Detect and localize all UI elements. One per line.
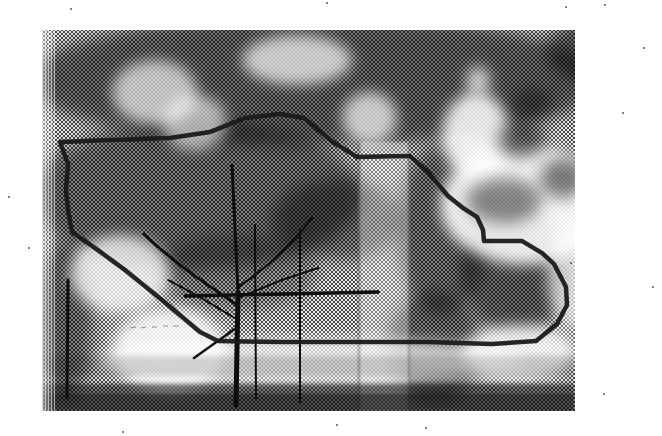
noise-speck <box>70 8 72 10</box>
noise-speck <box>336 424 338 426</box>
branch-line <box>185 292 378 296</box>
field-hatch-marks <box>130 326 179 328</box>
branch-line <box>236 292 238 405</box>
noise-speck <box>122 431 124 433</box>
branch-line <box>255 225 256 398</box>
branch-line <box>67 280 68 398</box>
noise-speck <box>643 47 645 49</box>
segmentation-outline <box>60 114 567 344</box>
annotation-overlay <box>42 30 575 411</box>
noise-speck <box>8 196 10 198</box>
noise-speck <box>565 6 567 8</box>
noise-speck <box>28 247 30 249</box>
noise-speck <box>570 262 572 264</box>
noise-speck <box>652 286 654 288</box>
noise-speck <box>603 393 605 395</box>
noise-speck <box>622 112 624 114</box>
halftone-photo <box>42 30 575 411</box>
noise-speck <box>425 427 427 429</box>
branch-line <box>232 165 238 292</box>
noise-speck <box>326 2 328 4</box>
page-background <box>0 0 662 436</box>
noise-speck <box>604 4 606 6</box>
